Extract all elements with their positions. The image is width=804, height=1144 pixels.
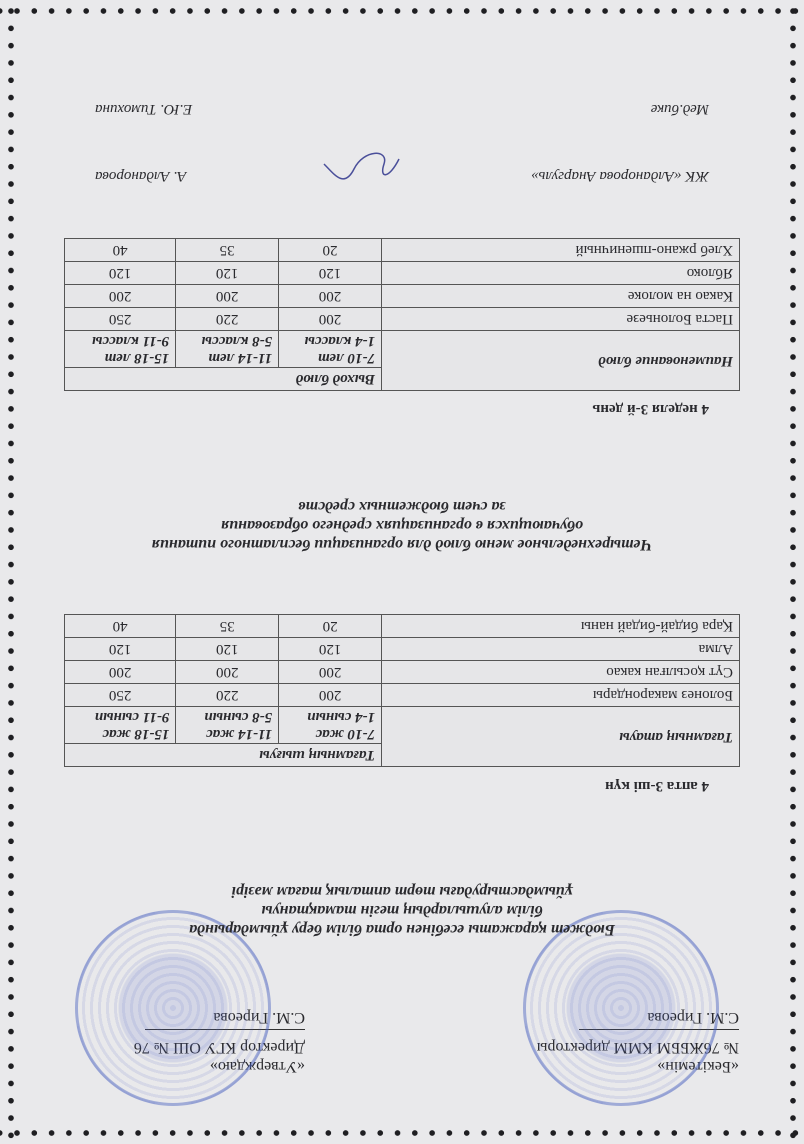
signature-icon: [314, 144, 404, 184]
table-cell: 20: [279, 615, 382, 638]
table-cell: 120: [279, 638, 382, 661]
title-line: ұйымдастырудағы төрт апталық тағам мәзір…: [0, 882, 804, 901]
table-row: Сүт қосылған какао200200200: [65, 661, 740, 684]
col-group: 11-14 жас5-8 сынып: [176, 707, 279, 744]
table-cell: 200: [176, 285, 279, 308]
table-row: Қара бидай-бидай наны203540: [65, 615, 740, 638]
approval-kz: «Бекітемін» № 76ЖББМ КММ директоры С.М. …: [499, 1008, 739, 1076]
binder-holes-top: [0, 1126, 804, 1140]
table-cell: Сүт қосылған какао: [382, 661, 740, 684]
table-row: Яблоко120120120: [65, 262, 740, 285]
table-row: Болонез макарондары200220250: [65, 684, 740, 707]
menu-table-kz: Тағамның атауы Тағамның шығуы 7-10 жас1-…: [64, 614, 740, 767]
title-line: Бюджет қаражаты есебінен орта білім беру…: [0, 920, 804, 939]
approval-ru: «Утверждаю» Директор КГУ ОШ № 76 С.М. Ги…: [65, 1008, 305, 1076]
document-page: «Бекітемін» № 76ЖББМ КММ директоры С.М. …: [0, 0, 804, 1144]
col-yield: Тағамның шығуы: [65, 744, 382, 767]
table-cell: 35: [176, 239, 279, 262]
table-cell: 40: [65, 615, 176, 638]
col-dish: Наименование блюд: [382, 331, 740, 391]
table-cell: 200: [65, 661, 176, 684]
col-group: 15-18 жас9-11 сынып: [65, 707, 176, 744]
signer-role: Мед.бике: [651, 100, 709, 117]
title-line: обучающихся в организациях среднего обра…: [0, 516, 804, 535]
col-yield: Выход блюд: [65, 368, 382, 391]
approval-block: «Бекітемін» № 76ЖББМ КММ директоры С.М. …: [65, 1008, 739, 1076]
table-cell: Болонез макарондары: [382, 684, 740, 707]
table-cell: Қара бидай-бидай наны: [382, 615, 740, 638]
table-cell: 200: [279, 285, 382, 308]
table-cell: 120: [176, 262, 279, 285]
stamp-icon: [523, 910, 719, 1106]
table-cell: 200: [176, 661, 279, 684]
table-cell: 220: [176, 684, 279, 707]
table-cell: 250: [65, 684, 176, 707]
signer-name: А. Алданорова: [95, 144, 186, 184]
table-row: Какао на молоке200200200: [65, 285, 740, 308]
table-cell: 200: [279, 661, 382, 684]
signer-name: Е.Ю. Тимохина: [95, 100, 192, 117]
stamp-icon: [75, 910, 271, 1106]
table-cell: 220: [176, 308, 279, 331]
table-row: Хлеб ржано-пшеничный203540: [65, 239, 740, 262]
col-group: 15-18 лет9-11 классы: [65, 331, 176, 368]
table-cell: 35: [176, 615, 279, 638]
table-cell: 20: [279, 239, 382, 262]
binder-holes-bottom: [0, 4, 804, 18]
table-cell: 200: [65, 285, 176, 308]
signer-supplier: ЖК «Алданорова Анаргуль» А. Алданорова: [95, 144, 709, 184]
table-cell: Наименование блюд Выход блюд: [65, 368, 740, 391]
table-cell: 120: [176, 638, 279, 661]
day-label-ru: 4 неделя 3-й день: [592, 400, 709, 417]
signer-nurse: Мед.бике Е.Ю. Тимохина: [95, 100, 709, 117]
table-cell: Паста Болоньезе: [382, 308, 740, 331]
table-cell: Какао на молоке: [382, 285, 740, 308]
col-group: 7-10 лет1-4 классы: [279, 331, 382, 368]
table-cell: 250: [65, 308, 176, 331]
table-cell: Яблоко: [382, 262, 740, 285]
table-cell: 120: [279, 262, 382, 285]
binder-holes-left: [786, 0, 800, 1144]
table-cell: Хлеб ржано-пшеничный: [382, 239, 740, 262]
menu-title-kz: Бюджет қаражаты есебінен орта білім беру…: [0, 882, 804, 939]
col-group: 11-14 лет5-8 классы: [176, 331, 279, 368]
table-cell: 120: [65, 262, 176, 285]
col-group: 7-10 жас1-4 сынып: [279, 707, 382, 744]
binder-holes-right: [4, 0, 18, 1144]
table-cell: 200: [279, 684, 382, 707]
table-row: Паста Болоньезе200220250: [65, 308, 740, 331]
title-line: за счет бюджетных средств: [0, 497, 804, 516]
title-line: білім алушылардың тегін тамақтануы: [0, 901, 804, 920]
table-cell: Тағамның атауы Тағамның шығуы: [65, 744, 740, 767]
day-label-kz: 4 апта 3-ші күн: [605, 777, 709, 794]
table-cell: 200: [279, 308, 382, 331]
menu-table-ru: Наименование блюд Выход блюд 7-10 лет1-4…: [64, 238, 740, 391]
col-dish: Тағамның атауы: [382, 707, 740, 767]
menu-title-ru: Четырехнедельное меню блюд для организац…: [0, 497, 804, 554]
signer-org: ЖК «Алданорова Анаргуль»: [531, 144, 709, 184]
title-line: Четырехнедельное меню блюд для организац…: [0, 535, 804, 554]
table-cell: Алма: [382, 638, 740, 661]
table-cell: 120: [65, 638, 176, 661]
table-cell: 40: [65, 239, 176, 262]
table-row: Алма120120120: [65, 638, 740, 661]
